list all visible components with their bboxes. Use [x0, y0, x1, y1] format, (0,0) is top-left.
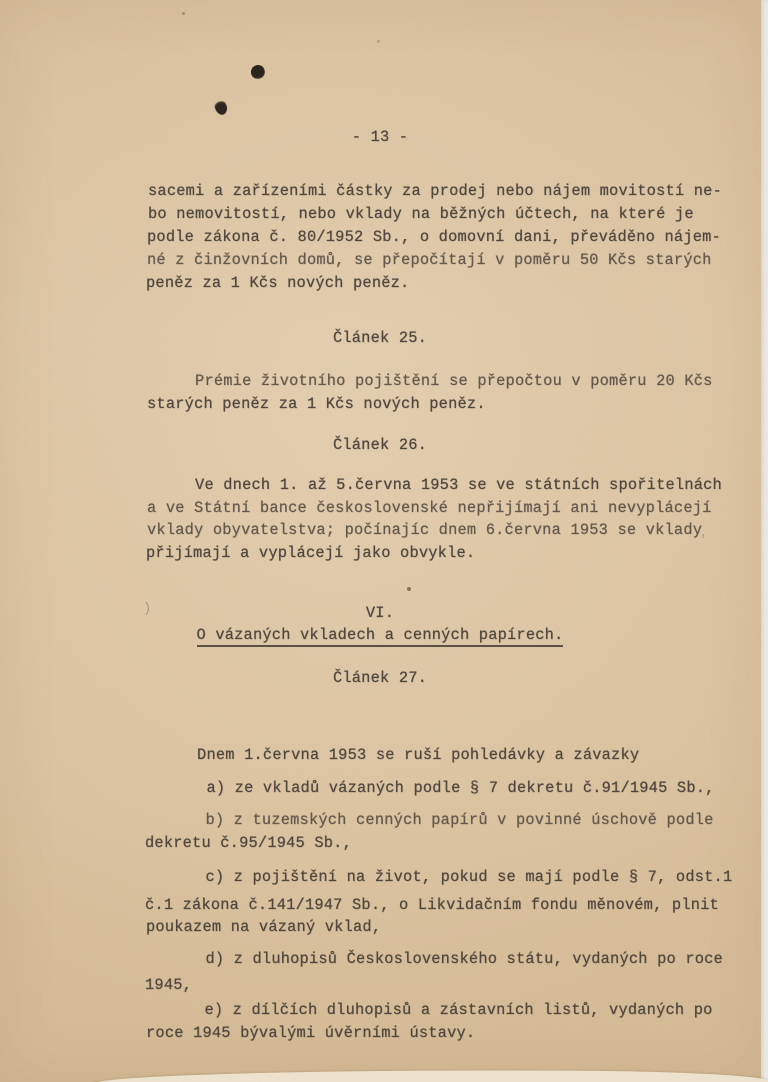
text-line: vklady obyvatelstva; počínajíc dnem 6.če… [147, 522, 702, 539]
scan-right-edge [761, 0, 768, 1082]
section-title: O vázaných vkladech a cenných papírech. [145, 627, 615, 647]
scanned-document: ) ' - 13 - sacemi a zařízeními částky za… [0, 0, 768, 1082]
list-item-a: a) ze vkladů vázaných podle § 7 dekretu … [150, 780, 715, 797]
text-line: Prémie životního pojištění se přepočtou … [148, 373, 713, 390]
article-heading-25: Článek 25. [145, 330, 615, 347]
paper-speck [407, 587, 411, 591]
text-line: 1945, [145, 977, 192, 994]
text-line: Dnem 1.června 1953 se ruší pohledávky a … [150, 747, 639, 764]
text-line: č.1 zákona č.141/1947 Sb., o Likvidačním… [145, 897, 719, 914]
article-heading-27: Článek 27. [145, 670, 615, 687]
text-line: bo nemovitostí, nebo vklady na běžných ú… [148, 206, 694, 223]
text-line: peněz za 1 Kčs nových peněz. [146, 275, 409, 292]
text-line: starých peněz za 1 Kčs nových peněz. [147, 396, 486, 413]
text-line: poukazem na vázaný vklad, [146, 919, 381, 936]
paper-speck [182, 12, 185, 15]
list-item-d: d) z dluhopisů Československého státu, v… [149, 951, 723, 968]
list-item-b: b) z tuzemských cenných papírů v povinné… [149, 812, 714, 829]
text-line: roce 1945 bývalými úvěrními ústavy. [146, 1025, 475, 1042]
list-item-e: e) z dílčích dluhopisů a zástavních list… [148, 1002, 713, 1019]
text-line: dekretu č.95/1945 Sb., [145, 835, 352, 852]
section-title-text: O vázaných vkladech a cenných papírech. [197, 627, 564, 647]
list-item-c: c) z pojištění na život, pokud se mají p… [149, 869, 732, 886]
text-line: a ve Státní bance československé nepřijí… [147, 500, 712, 517]
text-line: sacemi a zařízeními částky za prodej neb… [148, 183, 722, 200]
section-number: VI. [145, 605, 615, 622]
text-line: přijímají a vyplácejí jako obvykle. [146, 545, 475, 562]
text-line: podle zákona č. 80/1952 Sb., o domovní d… [147, 229, 721, 246]
paper-speck [377, 40, 380, 43]
article-heading-26: Článek 26. [145, 437, 615, 454]
text-line: né z činžovních domů, se přepočítají v p… [147, 252, 712, 269]
page-number: - 13 - [145, 129, 615, 146]
text-line: Ve dnech 1. až 5.června 1953 se ve státn… [148, 477, 722, 494]
